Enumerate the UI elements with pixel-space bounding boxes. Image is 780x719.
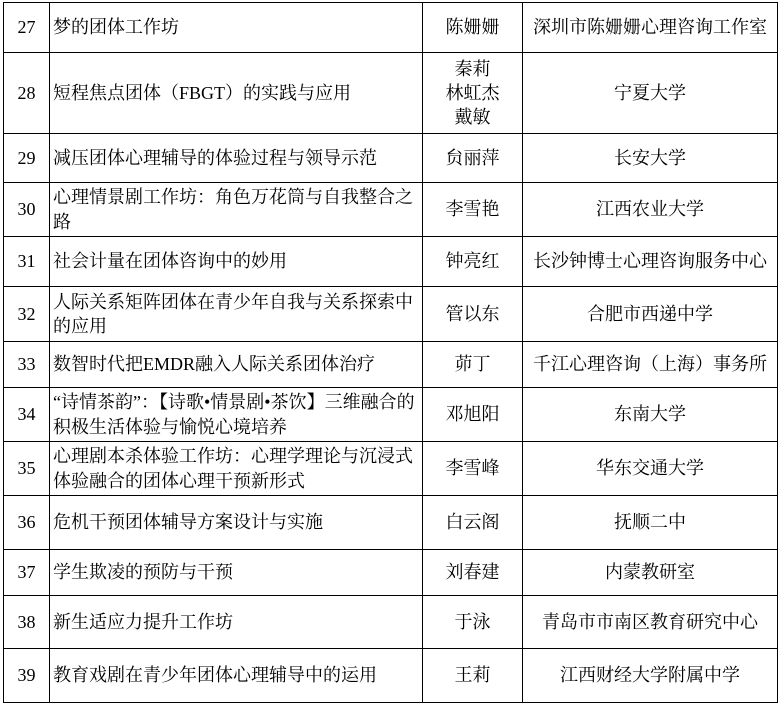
presenter-cell: 李雪艳 <box>423 183 523 237</box>
number-cell: 33 <box>4 342 50 388</box>
table-row: 34“诗情茶韵”：【诗歌•情景剧•茶饮】三维融合的积极生活体验与愉悦心境培养邓旭… <box>4 388 778 442</box>
organization-cell: 东南大学 <box>523 388 778 442</box>
number-cell: 38 <box>4 596 50 649</box>
organization-cell: 江西农业大学 <box>523 183 778 237</box>
title-cell: “诗情茶韵”：【诗歌•情景剧•茶饮】三维融合的积极生活体验与愉悦心境培养 <box>50 388 423 442</box>
table-row: 30心理情景剧工作坊：角色万花筒与自我整合之路李雪艳江西农业大学 <box>4 183 778 237</box>
table-row: 28短程焦点团体（FBGT）的实践与应用秦莉 林虹杰 戴敏宁夏大学 <box>4 53 778 134</box>
number-cell: 32 <box>4 287 50 342</box>
number-cell: 39 <box>4 649 50 703</box>
number-cell: 27 <box>4 3 50 53</box>
title-cell: 危机干预团体辅导方案设计与实施 <box>50 496 423 550</box>
title-cell: 社会计量在团体咨询中的妙用 <box>50 237 423 287</box>
presenter-cell: 贠丽萍 <box>423 134 523 183</box>
organization-cell: 华东交通大学 <box>523 442 778 496</box>
table-row: 29减压团体心理辅导的体验过程与领导示范贠丽萍长安大学 <box>4 134 778 183</box>
organization-cell: 青岛市市南区教育研究中心 <box>523 596 778 649</box>
number-cell: 36 <box>4 496 50 550</box>
organization-cell: 合肥市西递中学 <box>523 287 778 342</box>
presenter-cell: 钟亮红 <box>423 237 523 287</box>
organization-cell: 深圳市陈姗姗心理咨询工作室 <box>523 3 778 53</box>
presenter-cell: 陈姗姗 <box>423 3 523 53</box>
number-cell: 35 <box>4 442 50 496</box>
table-row: 39教育戏剧在青少年团体心理辅导中的运用王莉江西财经大学附属中学 <box>4 649 778 703</box>
table-row: 38新生适应力提升工作坊于泳青岛市市南区教育研究中心 <box>4 596 778 649</box>
title-cell: 学生欺凌的预防与干预 <box>50 550 423 596</box>
number-cell: 31 <box>4 237 50 287</box>
presenter-cell: 白云阁 <box>423 496 523 550</box>
document-page: 27梦的团体工作坊陈姗姗深圳市陈姗姗心理咨询工作室28短程焦点团体（FBGT）的… <box>0 0 780 719</box>
presenter-cell: 刘春建 <box>423 550 523 596</box>
organization-cell: 长沙钟博士心理咨询服务中心 <box>523 237 778 287</box>
number-cell: 29 <box>4 134 50 183</box>
table-row: 31社会计量在团体咨询中的妙用钟亮红长沙钟博士心理咨询服务中心 <box>4 237 778 287</box>
title-cell: 短程焦点团体（FBGT）的实践与应用 <box>50 53 423 134</box>
organization-cell: 千江心理咨询（上海）事务所 <box>523 342 778 388</box>
title-cell: 减压团体心理辅导的体验过程与领导示范 <box>50 134 423 183</box>
number-cell: 28 <box>4 53 50 134</box>
presenter-cell: 李雪峰 <box>423 442 523 496</box>
title-cell: 心理情景剧工作坊：角色万花筒与自我整合之路 <box>50 183 423 237</box>
organization-cell: 宁夏大学 <box>523 53 778 134</box>
title-cell: 新生适应力提升工作坊 <box>50 596 423 649</box>
presenter-cell: 王莉 <box>423 649 523 703</box>
presenter-cell: 秦莉 林虹杰 戴敏 <box>423 53 523 134</box>
title-cell: 教育戏剧在青少年团体心理辅导中的运用 <box>50 649 423 703</box>
table-row: 32人际关系矩阵团体在青少年自我与关系探索中的应用管以东合肥市西递中学 <box>4 287 778 342</box>
workshop-schedule-table-body: 27梦的团体工作坊陈姗姗深圳市陈姗姗心理咨询工作室28短程焦点团体（FBGT）的… <box>4 3 778 703</box>
table-row: 27梦的团体工作坊陈姗姗深圳市陈姗姗心理咨询工作室 <box>4 3 778 53</box>
title-cell: 数智时代把EMDR融入人际关系团体治疗 <box>50 342 423 388</box>
title-cell: 梦的团体工作坊 <box>50 3 423 53</box>
table-row: 36危机干预团体辅导方案设计与实施白云阁抚顺二中 <box>4 496 778 550</box>
table-row: 37学生欺凌的预防与干预刘春建内蒙教研室 <box>4 550 778 596</box>
organization-cell: 长安大学 <box>523 134 778 183</box>
number-cell: 37 <box>4 550 50 596</box>
workshop-schedule-table: 27梦的团体工作坊陈姗姗深圳市陈姗姗心理咨询工作室28短程焦点团体（FBGT）的… <box>3 2 778 703</box>
table-row: 35心理剧本杀体验工作坊：心理学理论与沉浸式体验融合的团体心理干预新形式李雪峰华… <box>4 442 778 496</box>
table-row: 33数智时代把EMDR融入人际关系团体治疗茆丁千江心理咨询（上海）事务所 <box>4 342 778 388</box>
organization-cell: 内蒙教研室 <box>523 550 778 596</box>
number-cell: 34 <box>4 388 50 442</box>
title-cell: 人际关系矩阵团体在青少年自我与关系探索中的应用 <box>50 287 423 342</box>
presenter-cell: 于泳 <box>423 596 523 649</box>
number-cell: 30 <box>4 183 50 237</box>
presenter-cell: 邓旭阳 <box>423 388 523 442</box>
presenter-cell: 茆丁 <box>423 342 523 388</box>
organization-cell: 抚顺二中 <box>523 496 778 550</box>
organization-cell: 江西财经大学附属中学 <box>523 649 778 703</box>
title-cell: 心理剧本杀体验工作坊：心理学理论与沉浸式体验融合的团体心理干预新形式 <box>50 442 423 496</box>
presenter-cell: 管以东 <box>423 287 523 342</box>
